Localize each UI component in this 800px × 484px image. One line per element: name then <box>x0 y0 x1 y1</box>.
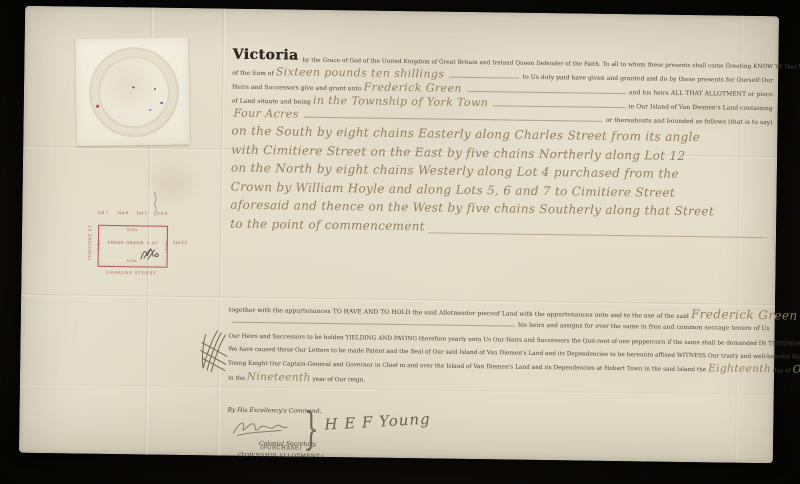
plan-lot-label-east: Lot 12 <box>173 240 187 245</box>
area-value-handwritten: Four Acres <box>234 109 299 120</box>
plan-dimension-north: 8 Chs <box>127 228 137 232</box>
grantee-name-handwritten: Frederick Green <box>364 82 462 93</box>
plan-lot-label: Lot 7 <box>98 210 109 215</box>
seal-ink-speck <box>149 109 151 111</box>
royal-name-blackletter: Victoria <box>232 47 298 64</box>
habendum-heirs-text: his heirs and assigns for ever the same … <box>518 322 770 333</box>
reign-suffix: year of Our reign. <box>312 376 365 383</box>
day-handwritten: Eighteenth <box>708 362 771 375</box>
plan-allotment-rectangle: 8 Chs FREDK GREEN. 4 AC 8 Chs 5 Chs 5 Ch… <box>98 225 169 268</box>
plan-lot-label: Lot 5 <box>137 211 148 216</box>
plan-lot-label: Lot 6 <box>117 211 128 216</box>
plan-dimension-south: 8 Chs <box>127 259 137 263</box>
boundary-description-handwritten: on the South by eight chains Easterly al… <box>230 122 772 241</box>
category-township-allotment: (TOWNSHIP ALLOTMENT.) <box>238 452 324 461</box>
signature-block: By His Excellency's Command, Colonial Se… <box>227 407 769 473</box>
colonial-secretary-signature <box>229 416 291 441</box>
plan-dimension-west: 5 Chs <box>97 240 101 250</box>
survey-plan-diagram: Lot 7 Lot 6 Lot 5 Lot 4 8 Chs FREDK GREE… <box>79 190 220 292</box>
sum-label: of the Sum of <box>232 70 274 78</box>
month-handwritten: October <box>793 364 800 377</box>
seal-ink-speck <box>132 86 135 88</box>
ruled-fill-line <box>304 117 603 122</box>
plan-street-label-west: CIMITIERE ST <box>88 225 93 260</box>
area-line-right: or thereabouts and bounded as follows (t… <box>606 117 773 126</box>
day-of-label: day of <box>773 368 791 374</box>
handwritten-rule <box>428 232 768 238</box>
photograph-background: Lot 7 Lot 6 Lot 5 Lot 4 8 Chs FREDK GREE… <box>0 0 800 484</box>
plan-lot-label: Lot 4 <box>156 211 167 216</box>
ruled-fill-line <box>232 322 515 327</box>
location-value-handwritten: in the Township of York Town <box>313 96 488 108</box>
in-the-label: in the <box>228 375 245 381</box>
land-grant-parchment: Lot 7 Lot 6 Lot 5 Lot 4 8 Chs FREDK GREE… <box>19 6 779 463</box>
colonial-secretary-label: Colonial Secretary. <box>259 440 768 454</box>
sum-value-handwritten: Sixteen pounds ten shillings <box>276 67 445 79</box>
seal-ink-speck <box>154 88 156 90</box>
plan-street-label-south: CHARLES STREET <box>102 271 161 277</box>
plan-dimension-east: 5 Chs <box>165 241 169 251</box>
ruled-fill-line <box>449 77 519 79</box>
pencil-initials-paraph <box>139 246 163 262</box>
plan-lot-labels-north: Lot 7 Lot 6 Lot 5 Lot 4 <box>96 210 168 217</box>
habendum-text-b: or piece <box>469 310 494 317</box>
document-category-label: (PURCHASE) (TOWNSHIP ALLOTMENT.) <box>238 445 324 461</box>
seal-ink-speck <box>160 102 163 104</box>
testimonium-clause: Our Heirs and Successors to be holden YI… <box>228 331 770 393</box>
plan-owner-label: FREDK GREEN. 4 AC <box>106 241 159 246</box>
situate-label: of Land situate and being <box>232 98 311 106</box>
embossed-wafer-seal <box>75 37 189 146</box>
deed-text-block: Victoria by the Grace of God of the Unit… <box>227 49 774 473</box>
habendum-clause: together with the appurtenances TO HAVE … <box>228 301 770 393</box>
boundary-line-text: to the point of commencement <box>230 214 425 235</box>
regnal-year-handwritten: Nineteenth <box>247 370 311 383</box>
seal-ink-speck <box>96 105 99 108</box>
habendum-grantee-handwritten: Frederick Green <box>691 309 798 321</box>
